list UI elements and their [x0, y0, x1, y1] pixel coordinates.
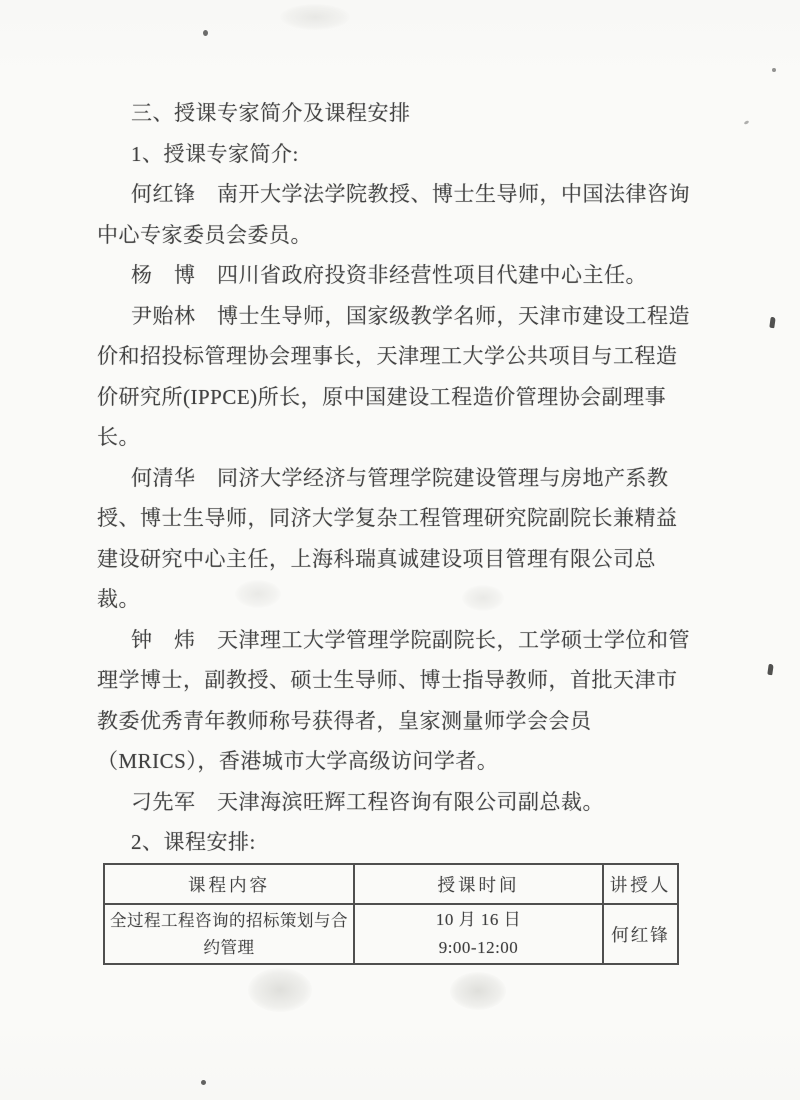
- text-line: 长。: [97, 417, 692, 458]
- text-line: 理学博士，副教授、硕士生导师、博士指导教师，首批天津市: [97, 660, 692, 701]
- text-line: 钟 炜 天津理工大学管理学院副院长，工学硕士学位和管: [97, 620, 692, 661]
- scan-mark-tick: [769, 317, 775, 329]
- scan-speck: [203, 30, 208, 36]
- course-schedule-table: 课程内容 授课时间 讲授人 全过程工程咨询的招标策划与合 约管理 10 月 16…: [103, 863, 679, 965]
- cell-course-content: 全过程工程咨询的招标策划与合 约管理: [104, 904, 354, 964]
- scan-smudge: [248, 968, 312, 1012]
- scan-speck: [772, 68, 776, 72]
- table-header-course-content: 课程内容: [104, 864, 354, 904]
- text-line: 何红锋 南开大学法学院教授、博士生导师，中国法律咨询: [97, 174, 692, 215]
- scan-smudge: [280, 4, 350, 30]
- scan-mark-tick: [767, 664, 773, 676]
- scan-speck: [744, 120, 750, 125]
- text-line: 尹贻林 博士生导师，国家级教学名师，天津市建设工程造: [97, 296, 692, 337]
- text-line: 价和招投标管理协会理事长，天津理工大学公共项目与工程造: [97, 336, 692, 377]
- table-header-time: 授课时间: [354, 864, 603, 904]
- text-line: 中心专家委员会委员。: [97, 215, 692, 256]
- cell-course-time: 10 月 16 日 9:00-12:00: [354, 904, 603, 964]
- table-row: 全过程工程咨询的招标策划与合 约管理 10 月 16 日 9:00-12:00 …: [104, 904, 678, 964]
- text-line: 何清华 同济大学经济与管理学院建设管理与房地产系教: [97, 458, 692, 499]
- document-text-body: 三、授课专家简介及课程安排 1、授课专家简介: 何红锋 南开大学法学院教授、博士…: [97, 93, 692, 863]
- section-heading: 三、授课专家简介及课程安排: [97, 93, 692, 134]
- text-line: 建设研究中心主任，上海科瑞真诚建设项目管理有限公司总: [97, 539, 692, 580]
- text-line: 教委优秀青年教师称号获得者，皇家测量师学会会员: [97, 701, 692, 742]
- table-header-lecturer: 讲授人: [603, 864, 678, 904]
- text-line: 授、博士生导师，同济大学复杂工程管理研究院副院长兼精益: [97, 498, 692, 539]
- text-line: 刁先军 天津海滨旺辉工程咨询有限公司副总裁。: [97, 782, 692, 823]
- text-line: （MRICS），香港城市大学高级访问学者。: [97, 741, 692, 782]
- text-line: 裁。: [97, 579, 692, 620]
- text-line: 价研究所(IPPCE)所长，原中国建设工程造价管理协会副理事: [97, 377, 692, 418]
- scanned-document-page: 三、授课专家简介及课程安排 1、授课专家简介: 何红锋 南开大学法学院教授、博士…: [0, 0, 800, 1100]
- scan-smudge: [450, 972, 506, 1010]
- subsection-heading: 1、授课专家简介:: [97, 134, 692, 175]
- table-header-row: 课程内容 授课时间 讲授人: [104, 864, 678, 904]
- scan-speck: [201, 1080, 206, 1085]
- subsection-heading: 2、课程安排:: [97, 822, 692, 863]
- text-line: 杨 博 四川省政府投资非经营性项目代建中心主任。: [97, 255, 692, 296]
- cell-lecturer: 何红锋: [603, 904, 678, 964]
